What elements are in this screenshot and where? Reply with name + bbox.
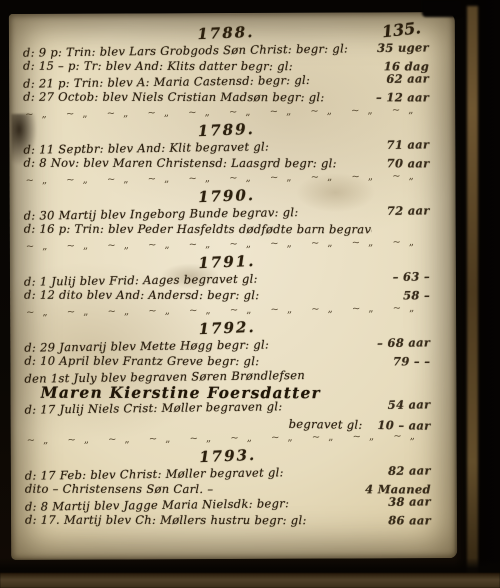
entry-text: d: 17. Martij blev Ch: Møllers hustru be… [25, 512, 307, 528]
year-section: 1793. d: 17 Feb: blev Christ: Møller beg… [25, 446, 431, 529]
entry-age: 86 aar [373, 513, 431, 529]
entry-age: – 63 – [372, 269, 430, 285]
year-section: 1790. d: 30 Martij blev Ingeborg Bunde b… [24, 186, 430, 251]
entry-text: d: 12 dito blev And: Andersd: begr: gl: [24, 287, 259, 303]
entry-text: d: 8 Nov: blev Maren Christensd: Laasgrd… [23, 155, 336, 171]
entry-age: 54 aar [372, 397, 430, 413]
entry-text: d: 27 Octob: blev Niels Cristian Madsøn … [23, 89, 324, 105]
year-section: 1792. d: 29 Janvarij blev Mette Høgg beg… [24, 318, 431, 445]
entry-list: d: 17 Feb: blev Christ: Møller begravet … [25, 465, 431, 529]
entry-text: dito – Christensens Søn Carl. – [25, 481, 214, 497]
entry-list: d: 9 p: Trin: blev Lars Grobgods Søn Chr… [23, 42, 429, 106]
burial-entry: d: 17. Martij blev Ch: Møllers hustru be… [25, 512, 431, 528]
burial-entry: d: 8 Nov: blev Maren Christensd: Laasgrd… [23, 155, 429, 171]
year-section: 1788. d: 9 p: Trin: blev Lars Grobgods S… [23, 23, 429, 119]
manuscript-paper: 135. 1788. d: 9 p: Trin: blev Lars Grobg… [9, 12, 457, 560]
entry-list: d: 29 Janvarij blev Mette Høgg begr: gl:… [24, 337, 430, 432]
register-scan-photo: 135. 1788. d: 9 p: Trin: blev Lars Grobg… [0, 0, 500, 588]
entry-list: d: 1 Julij blev Frid: Aages begravet gl:… [24, 271, 430, 304]
entry-age: 72 aar [372, 203, 430, 219]
register-sections: 1788. d: 9 p: Trin: blev Lars Grobgods S… [23, 22, 431, 532]
entry-age: 38 aar [373, 494, 431, 510]
entry-text: d: 16 p: Trin: blev Peder Hasfeldts dødf… [24, 221, 372, 237]
table-surface [0, 573, 500, 588]
page-content: 1788. d: 9 p: Trin: blev Lars Grobgods S… [23, 20, 431, 552]
entry-text: d: 10 April blev Frantz Greve begr: gl: [24, 353, 259, 369]
entry-age: 70 aar [371, 156, 429, 172]
entry-age: 58 – [372, 288, 430, 304]
year-section: 1791. d: 1 Julij blev Frid: Aages begrav… [24, 252, 430, 317]
burial-entry: d: 16 p: Trin: blev Peder Hasfeldts dødf… [24, 221, 430, 237]
entry-age: – 12 aar [371, 90, 429, 106]
burial-entry: d: 27 Octob: blev Niels Cristian Madsøn … [23, 89, 429, 105]
entry-age [372, 377, 430, 378]
entry-age: – 68 aar [372, 335, 430, 351]
entry-age: 62 aar [371, 71, 429, 87]
entry-age: 71 aar [371, 137, 429, 153]
year-section: 1789. d: 11 Septbr: blev And: Klit begra… [23, 120, 429, 185]
entry-text: Maren Kierstine Foersdatter [40, 384, 320, 400]
entry-list: d: 30 Martij blev Ingeborg Bunde begrav:… [24, 205, 430, 238]
entry-text: begravet gl: [289, 416, 363, 432]
entry-text: d: 15 – p: Tr: blev And: Klits datter be… [23, 58, 293, 74]
entry-age: 35 uger [371, 40, 429, 56]
entry-age: 82 aar [373, 463, 431, 479]
book-page-edges [467, 6, 478, 576]
entry-list: d: 11 Septbr: blev And: Klit begravet gl… [23, 139, 429, 172]
burial-entry: d: 12 dito blev And: Andersd: begr: gl: … [24, 287, 430, 303]
